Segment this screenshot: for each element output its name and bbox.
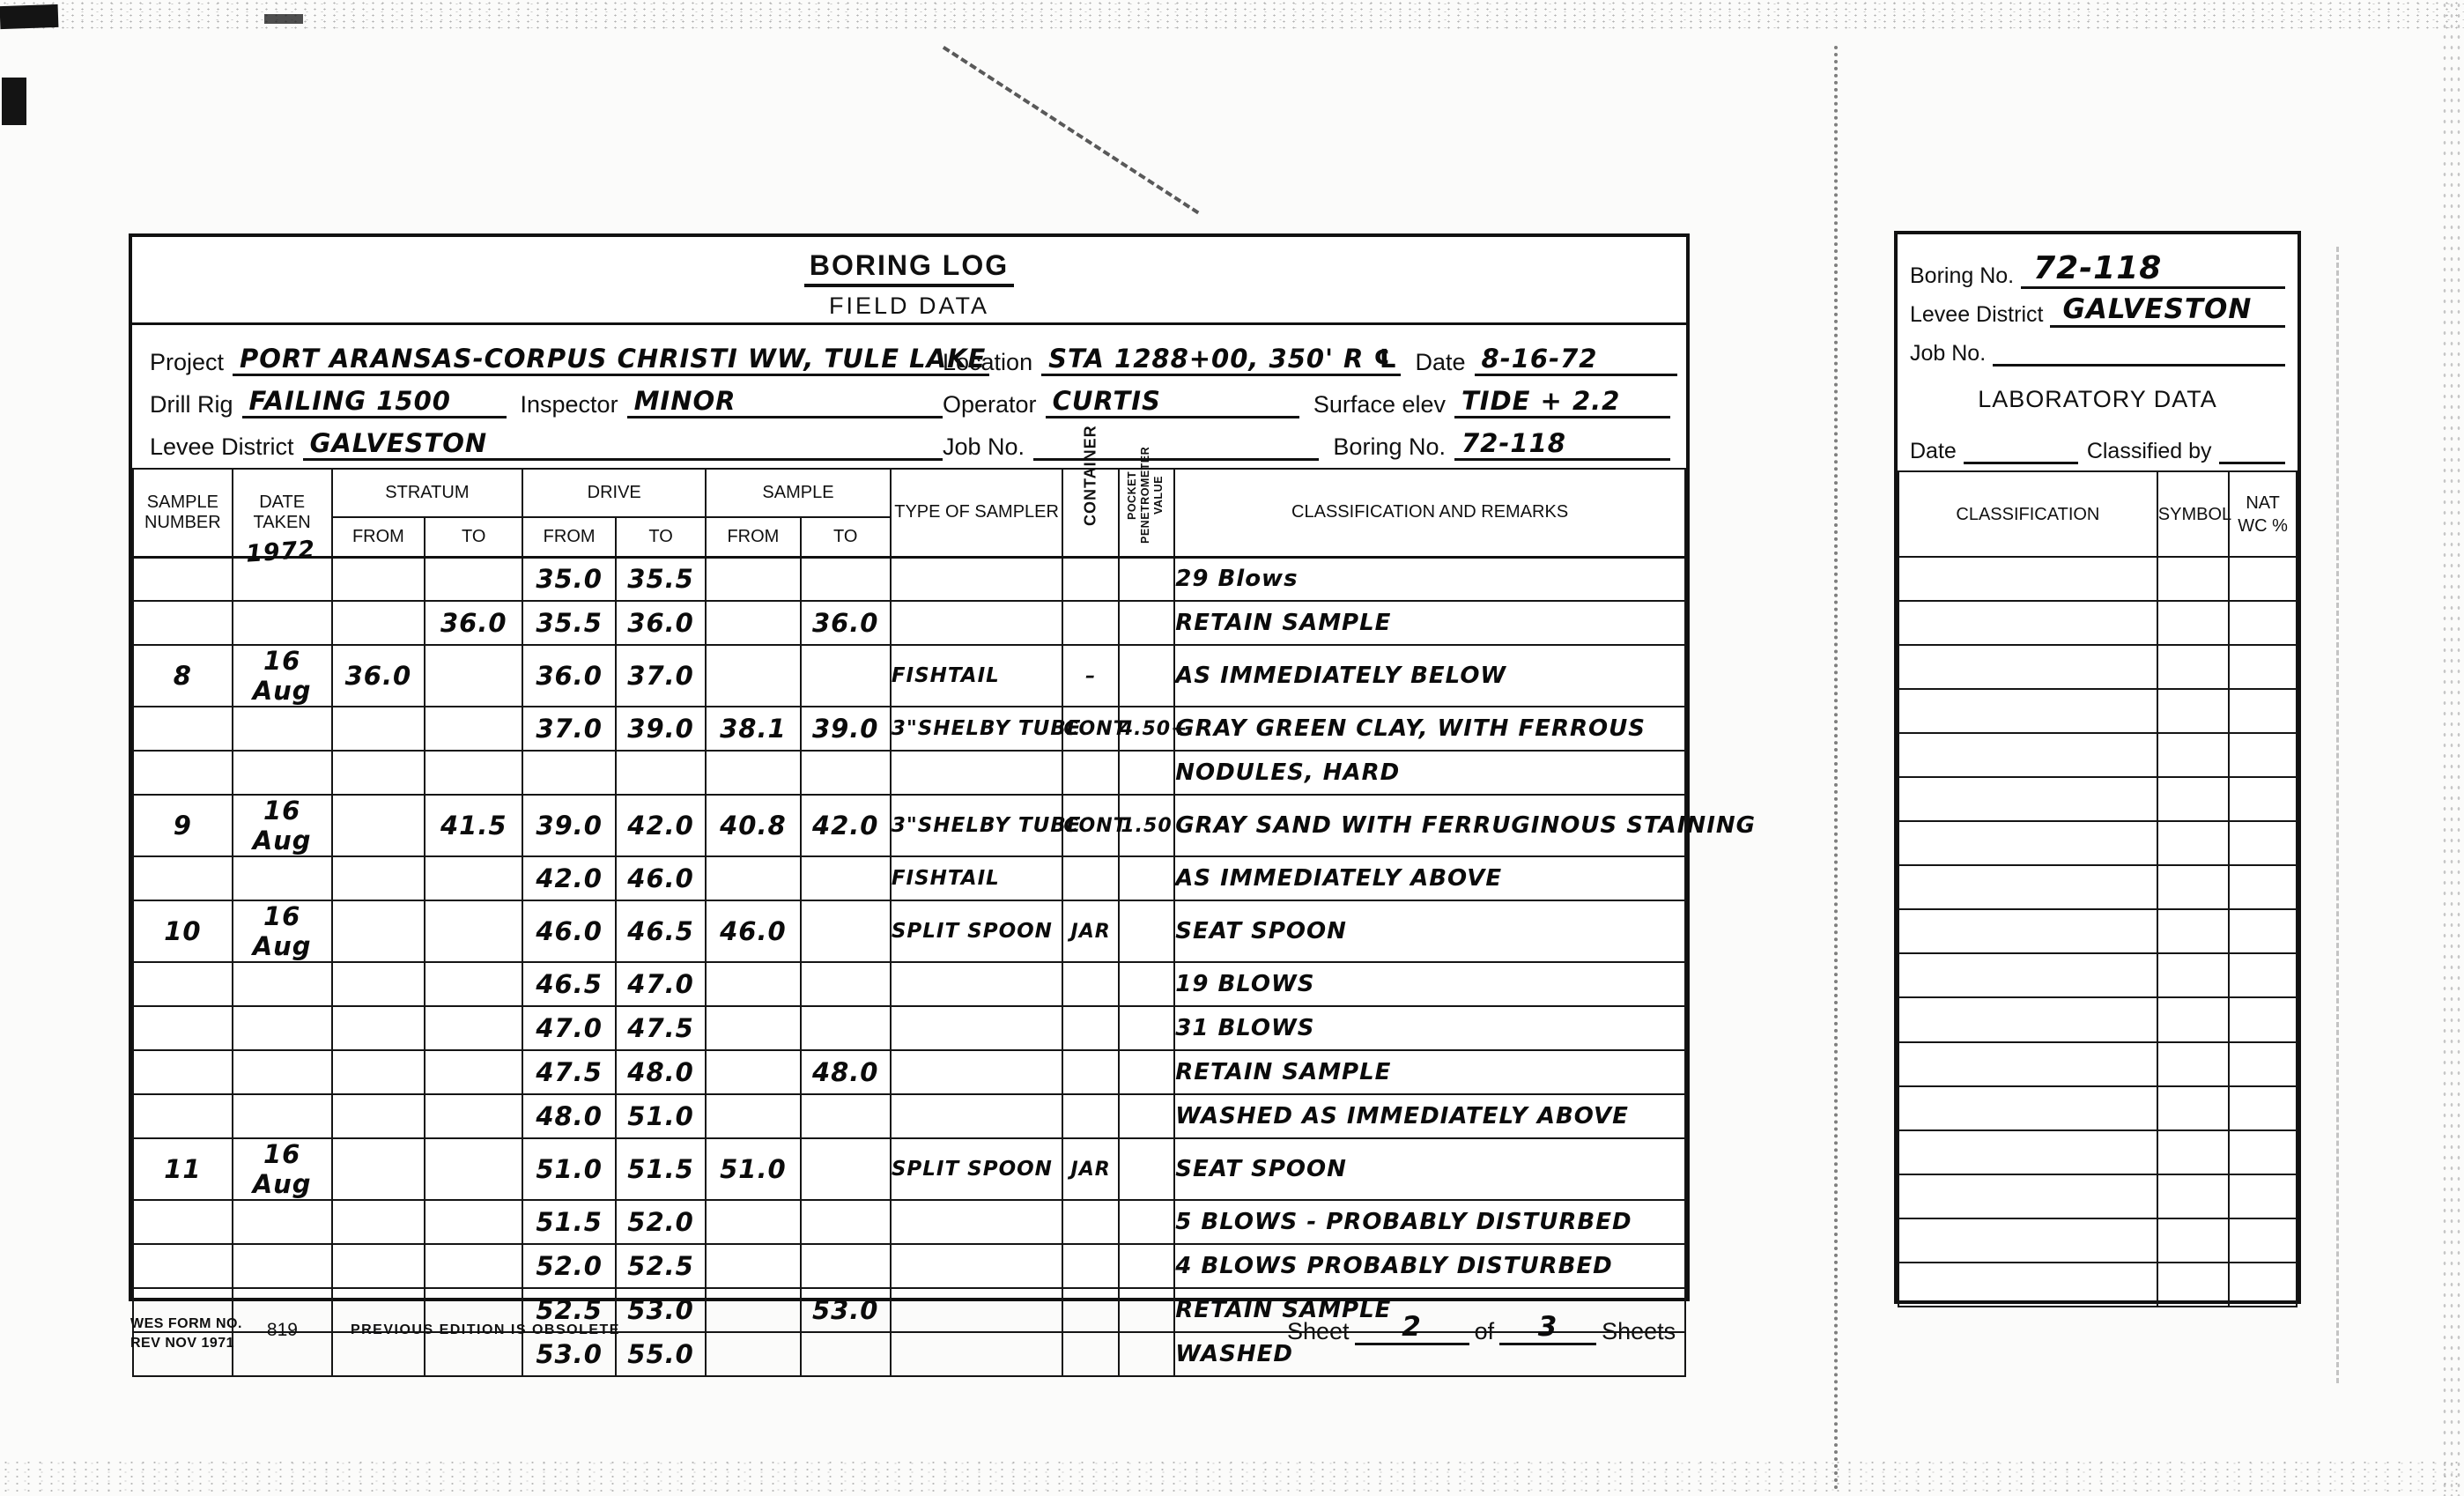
cell-drive-to: 52.5 <box>616 1244 706 1288</box>
lab-table-row <box>1898 997 2297 1041</box>
scan-smudge-2 <box>2 78 26 125</box>
cell-date-taken <box>233 1200 332 1244</box>
cell-sample-number: 11 <box>133 1138 233 1200</box>
lab-boring-no-value: 72-118 <box>2021 250 2285 289</box>
cell-sample-to <box>801 1244 891 1288</box>
lab-empty-cell <box>1898 557 2157 601</box>
cell-type-of-sampler: FISHTAIL <box>891 645 1063 707</box>
cell-drive-to: 55.0 <box>616 1332 706 1376</box>
lab-empty-cell <box>2157 689 2229 733</box>
lab-empty-cell <box>1898 997 2157 1041</box>
lab-empty-cell <box>2229 997 2297 1041</box>
cell-stratum-from <box>332 856 425 900</box>
cell-type-of-sampler <box>891 601 1063 645</box>
info-line-1: Project PORT ARANSAS-CORPUS CHRISTI WW, … <box>150 334 1670 376</box>
lab-classified-by-label: Classified by <box>2078 439 2219 464</box>
cell-drive-to: 47.5 <box>616 1006 706 1050</box>
lab-col-header-symbol: SYMBOL <box>2157 471 2229 557</box>
page-fold-dotted-line <box>1834 46 1838 1491</box>
cell-sample-number: 10 <box>133 900 233 962</box>
cell-sample-from: 40.8 <box>706 795 800 856</box>
cell-classification-and-remarks: 31 BLOWS <box>1174 1006 1685 1050</box>
lab-table-row <box>1898 689 2297 733</box>
cell-drive-from <box>522 751 616 795</box>
cell-date-taken: 16 Aug <box>233 645 332 707</box>
cell-sample-from <box>706 1332 800 1376</box>
lab-empty-cell <box>1898 777 2157 821</box>
lab-empty-cell <box>2229 953 2297 997</box>
wes-form-no-label: WES FORM NO. <box>130 1315 242 1334</box>
cell-classification-and-remarks: WASHED AS IMMEDIATELY ABOVE <box>1174 1094 1685 1138</box>
lab-card-title: LABORATORY DATA <box>1910 386 2285 413</box>
cell-container <box>1062 1244 1118 1288</box>
cell-pocket-penetrometer-value <box>1119 1138 1174 1200</box>
cell-stratum-to <box>425 1244 522 1288</box>
info-line-3: Levee District GALVESTON Job No. Boring … <box>150 418 1670 461</box>
lab-empty-cell <box>1898 1174 2157 1218</box>
cell-pocket-penetrometer-value: 1.50 <box>1119 795 1174 856</box>
cell-sample-from <box>706 1094 800 1138</box>
cell-date-taken <box>233 1006 332 1050</box>
cell-date-taken <box>233 1094 332 1138</box>
cell-drive-to: 46.5 <box>616 900 706 962</box>
lab-empty-cell <box>2229 777 2297 821</box>
pocket-penetrometer-vertical-label: POCKET PENETROMETER VALUE <box>1126 438 1168 552</box>
col-header-stratum-from: FROM <box>332 517 425 557</box>
job-no-label: Job No. <box>943 433 1033 461</box>
sheet-number-value: 2 <box>1355 1311 1469 1345</box>
cell-drive-to: 36.0 <box>616 601 706 645</box>
lab-classified-by-value <box>2219 438 2285 464</box>
cell-stratum-from <box>332 795 425 856</box>
lab-table-row <box>1898 1086 2297 1130</box>
cell-container <box>1062 1050 1118 1094</box>
lab-empty-cell <box>2157 1218 2229 1263</box>
cell-sample-number <box>133 601 233 645</box>
cell-stratum-from <box>332 1094 425 1138</box>
lab-empty-cell <box>1898 1086 2157 1130</box>
cell-sample-to <box>801 1332 891 1376</box>
lab-empty-cell <box>2157 909 2229 953</box>
lab-job-no-label: Job No. <box>1910 341 1993 367</box>
cell-pocket-penetrometer-value <box>1119 557 1174 601</box>
cell-stratum-to <box>425 1200 522 1244</box>
sheet-of-label: of <box>1469 1318 1500 1345</box>
col-header-sample-from: FROM <box>706 517 800 557</box>
cell-sample-number <box>133 707 233 751</box>
lab-empty-cell <box>2157 1042 2229 1086</box>
lab-empty-cell <box>2157 1174 2229 1218</box>
cell-drive-from: 36.0 <box>522 645 616 707</box>
cell-pocket-penetrometer-value <box>1119 900 1174 962</box>
scan-noise-bottom <box>0 1459 2464 1496</box>
cell-container <box>1062 1332 1118 1376</box>
cell-classification-and-remarks: 19 BLOWS <box>1174 962 1685 1006</box>
cell-sample-from <box>706 1200 800 1244</box>
cell-sample-number <box>133 1200 233 1244</box>
surface-elev-value: TIDE + 2.2 <box>1454 386 1670 418</box>
cell-pocket-penetrometer-value <box>1119 751 1174 795</box>
cell-sample-from <box>706 856 800 900</box>
cell-stratum-to: 41.5 <box>425 795 522 856</box>
cell-stratum-to <box>425 900 522 962</box>
cell-type-of-sampler: SPLIT SPOON <box>891 1138 1063 1200</box>
cell-classification-and-remarks: RETAIN SAMPLE <box>1174 1050 1685 1094</box>
date-value: 8-16-72 <box>1475 344 1677 376</box>
cell-date-taken: 16 Aug <box>233 1138 332 1200</box>
cell-container <box>1062 1200 1118 1244</box>
cell-pocket-penetrometer-value: 4.50+ <box>1119 707 1174 751</box>
cell-container: – <box>1062 645 1118 707</box>
lab-table-body <box>1898 557 2297 1307</box>
col-header-stratum-to: TO <box>425 517 522 557</box>
cell-classification-and-remarks: GRAY GREEN CLAY, WITH FERROUS <box>1174 707 1685 751</box>
cell-pocket-penetrometer-value <box>1119 1244 1174 1288</box>
lab-table-row <box>1898 601 2297 645</box>
boring-table-row: NODULES, HARD <box>133 751 1685 795</box>
cell-type-of-sampler <box>891 1094 1063 1138</box>
cell-drive-to <box>616 751 706 795</box>
cell-drive-from: 37.0 <box>522 707 616 751</box>
job-no-value <box>1033 431 1319 461</box>
boring-table-header: SAMPLE NUMBER DATE TAKEN 1972 STRATUM DR… <box>133 469 1685 557</box>
cell-type-of-sampler <box>891 1050 1063 1094</box>
lab-job-no-line: Job No. <box>1910 328 2285 367</box>
cell-sample-to <box>801 645 891 707</box>
col-header-type-of-sampler: TYPE OF SAMPLER <box>891 469 1063 557</box>
cell-stratum-from <box>332 962 425 1006</box>
cell-drive-to: 37.0 <box>616 645 706 707</box>
cell-sample-from <box>706 1244 800 1288</box>
col-header-pocket-penetrometer: POCKET PENETROMETER VALUE <box>1119 469 1174 557</box>
cell-sample-from <box>706 645 800 707</box>
lab-table-row <box>1898 909 2297 953</box>
cell-classification-and-remarks: 5 BLOWS - PROBABLY DISTURBED <box>1174 1200 1685 1244</box>
cell-classification-and-remarks: GRAY SAND WITH FERRUGINOUS STAINING <box>1174 795 1685 856</box>
cell-drive-from: 51.0 <box>522 1138 616 1200</box>
cell-stratum-from <box>332 1006 425 1050</box>
scan-scratch-line <box>943 46 1200 214</box>
cell-stratum-to <box>425 645 522 707</box>
boring-table-row: 52.052.54 BLOWS PROBABLY DISTURBED <box>133 1244 1685 1288</box>
lab-table-row <box>1898 953 2297 997</box>
boring-log-form: BORING LOG FIELD DATA Project PORT ARANS… <box>129 233 1690 1301</box>
lab-date-line: Date Classified by <box>1910 418 2285 464</box>
info-line-2: Drill Rig FAILING 1500 Inspector MINOR O… <box>150 376 1670 418</box>
cell-sample-from <box>706 601 800 645</box>
cell-date-taken: 16 Aug <box>233 795 332 856</box>
lab-empty-cell <box>2229 689 2297 733</box>
cell-sample-number <box>133 557 233 601</box>
form-footer: WES FORM NO. REV NOV 1971 819 PREVIOUS E… <box>130 1315 620 1352</box>
lab-empty-cell <box>1898 601 2157 645</box>
cell-sample-from <box>706 1006 800 1050</box>
cell-stratum-to <box>425 1050 522 1094</box>
cell-classification-and-remarks: RETAIN SAMPLE <box>1174 601 1685 645</box>
col-header-sample-number: SAMPLE NUMBER <box>133 469 233 557</box>
cell-stratum-to: 36.0 <box>425 601 522 645</box>
cell-pocket-penetrometer-value <box>1119 645 1174 707</box>
surface-elev-label: Surface elev <box>1299 391 1454 418</box>
wes-form-rev-label: REV NOV 1971 <box>130 1334 242 1353</box>
form-title-section: BORING LOG FIELD DATA <box>132 237 1686 325</box>
boring-table-row: 47.548.048.0RETAIN SAMPLE <box>133 1050 1685 1094</box>
cell-drive-to: 52.0 <box>616 1200 706 1244</box>
cell-sample-number: 9 <box>133 795 233 856</box>
lab-empty-cell <box>2229 865 2297 909</box>
cell-sample-number <box>133 751 233 795</box>
container-vertical-label: CONTAINER <box>1082 398 1100 552</box>
cell-drive-from: 46.5 <box>522 962 616 1006</box>
cell-classification-and-remarks: 4 BLOWS PROBABLY DISTURBED <box>1174 1244 1685 1288</box>
lab-table-row <box>1898 1174 2297 1218</box>
lab-table-row <box>1898 733 2297 777</box>
cell-sample-to: 36.0 <box>801 601 891 645</box>
boring-no-value: 72-118 <box>1454 428 1670 461</box>
cell-pocket-penetrometer-value <box>1119 601 1174 645</box>
cell-sample-from <box>706 557 800 601</box>
lab-empty-cell <box>2229 909 2297 953</box>
lab-empty-cell <box>2157 1263 2229 1307</box>
cell-sample-from: 51.0 <box>706 1138 800 1200</box>
scan-noise-top <box>0 0 2464 30</box>
lab-empty-cell <box>2157 733 2229 777</box>
cell-drive-from: 51.5 <box>522 1200 616 1244</box>
cell-drive-from: 35.5 <box>522 601 616 645</box>
form-subtitle: FIELD DATA <box>132 293 1686 320</box>
date-taken-label: DATE TAKEN <box>254 492 311 532</box>
lab-data-table: CLASSIFICATION SYMBOL NAT WC % <box>1898 470 2298 1307</box>
cell-drive-to: 48.0 <box>616 1050 706 1094</box>
lab-table-row <box>1898 821 2297 865</box>
lab-empty-cell <box>2229 645 2297 689</box>
cell-sample-number <box>133 856 233 900</box>
cell-stratum-to <box>425 557 522 601</box>
cell-sample-to: 42.0 <box>801 795 891 856</box>
cell-stratum-from <box>332 557 425 601</box>
lab-col-header-classification: CLASSIFICATION <box>1898 471 2157 557</box>
form-info-section: Project PORT ARANSAS-CORPUS CHRISTI WW, … <box>132 325 1686 468</box>
date-taken-year-handwritten: 1972 <box>245 537 316 568</box>
cell-stratum-from <box>332 900 425 962</box>
lab-empty-cell <box>1898 953 2157 997</box>
lab-table-row <box>1898 645 2297 689</box>
cell-type-of-sampler: 3"SHELBY TUBE <box>891 795 1063 856</box>
cell-container <box>1062 751 1118 795</box>
cell-sample-to <box>801 1094 891 1138</box>
cell-sample-from <box>706 1288 800 1332</box>
col-header-sample: SAMPLE <box>706 469 891 517</box>
scan-smudge-1 <box>0 4 58 29</box>
project-value: PORT ARANSAS-CORPUS CHRISTI WW, TULE LAK… <box>233 344 989 376</box>
lab-empty-cell <box>2229 601 2297 645</box>
cell-drive-to: 39.0 <box>616 707 706 751</box>
cell-stratum-from <box>332 1050 425 1094</box>
col-header-sample-to: TO <box>801 517 891 557</box>
lab-empty-cell <box>1898 1042 2157 1086</box>
cell-pocket-penetrometer-value <box>1119 1200 1174 1244</box>
lab-empty-cell <box>2229 1130 2297 1174</box>
lab-empty-cell <box>2229 1263 2297 1307</box>
cell-stratum-to <box>425 856 522 900</box>
cell-sample-from: 46.0 <box>706 900 800 962</box>
col-header-classification-remarks: CLASSIFICATION AND REMARKS <box>1174 469 1685 557</box>
cell-sample-to <box>801 1006 891 1050</box>
lab-empty-cell <box>2157 601 2229 645</box>
lab-empty-cell <box>1898 689 2157 733</box>
cell-date-taken <box>233 601 332 645</box>
cell-sample-from <box>706 962 800 1006</box>
lab-empty-cell <box>1898 909 2157 953</box>
lab-table-row <box>1898 557 2297 601</box>
operator-label: Operator <box>943 391 1046 418</box>
cell-sample-from <box>706 1050 800 1094</box>
cell-container: JAR <box>1062 900 1118 962</box>
cell-classification-and-remarks: SEAT SPOON <box>1174 1138 1685 1200</box>
scan-smudge-3 <box>264 14 303 24</box>
cell-drive-to: 53.0 <box>616 1288 706 1332</box>
cell-date-taken <box>233 1244 332 1288</box>
cell-date-taken <box>233 1050 332 1094</box>
lab-empty-cell <box>2229 1042 2297 1086</box>
lab-empty-cell <box>2157 645 2229 689</box>
cell-drive-from: 48.0 <box>522 1094 616 1138</box>
lab-date-label: Date <box>1910 439 1964 464</box>
lab-empty-cell <box>2157 865 2229 909</box>
cell-sample-number <box>133 962 233 1006</box>
cell-stratum-from <box>332 601 425 645</box>
lab-empty-cell <box>1898 865 2157 909</box>
cell-drive-from: 42.0 <box>522 856 616 900</box>
drill-rig-value: FAILING 1500 <box>242 386 507 418</box>
cell-drive-from: 35.0 <box>522 557 616 601</box>
cell-stratum-to <box>425 1138 522 1200</box>
boring-table-row: 1116 Aug51.051.551.0SPLIT SPOONJARSEAT S… <box>133 1138 1685 1200</box>
levee-district-value: GALVESTON <box>303 428 943 461</box>
boring-table-row: 51.552.05 BLOWS - PROBABLY DISTURBED <box>133 1200 1685 1244</box>
lab-empty-cell <box>1898 1218 2157 1263</box>
cell-stratum-to <box>425 707 522 751</box>
cell-stratum-from <box>332 1138 425 1200</box>
cell-sample-to <box>801 900 891 962</box>
cell-stratum-to <box>425 1006 522 1050</box>
cell-drive-to: 47.0 <box>616 962 706 1006</box>
lab-empty-cell <box>2157 997 2229 1041</box>
cell-container <box>1062 557 1118 601</box>
boring-table-row: 37.039.038.139.03"SHELBY TUBECONT4.50+GR… <box>133 707 1685 751</box>
cell-classification-and-remarks: AS IMMEDIATELY BELOW <box>1174 645 1685 707</box>
cell-sample-number <box>133 1006 233 1050</box>
cell-container: CONT <box>1062 795 1118 856</box>
cell-classification-and-remarks: SEAT SPOON <box>1174 900 1685 962</box>
form-title: BORING LOG <box>804 249 1014 287</box>
cell-type-of-sampler <box>891 557 1063 601</box>
cell-drive-to: 51.0 <box>616 1094 706 1138</box>
cell-type-of-sampler <box>891 1332 1063 1376</box>
lab-levee-district-label: Levee District <box>1910 302 2050 328</box>
location-value: STA 1288+00, 350' R ℄ <box>1041 344 1401 376</box>
cell-stratum-from <box>332 751 425 795</box>
project-label: Project <box>150 349 233 376</box>
cell-sample-from: 38.1 <box>706 707 800 751</box>
cell-pocket-penetrometer-value <box>1119 1332 1174 1376</box>
cell-container <box>1062 962 1118 1006</box>
cell-drive-to: 46.0 <box>616 856 706 900</box>
cell-stratum-from <box>332 707 425 751</box>
cell-container: JAR <box>1062 1138 1118 1200</box>
cell-date-taken <box>233 751 332 795</box>
boring-table-row: 816 Aug36.036.037.0FISHTAIL–AS IMMEDIATE… <box>133 645 1685 707</box>
cell-date-taken <box>233 856 332 900</box>
boring-table-row: 35.035.529 Blows <box>133 557 1685 601</box>
boring-log-table: SAMPLE NUMBER DATE TAKEN 1972 STRATUM DR… <box>132 468 1686 1377</box>
cell-drive-from: 47.0 <box>522 1006 616 1050</box>
drill-rig-label: Drill Rig <box>150 391 242 418</box>
cell-sample-to: 53.0 <box>801 1288 891 1332</box>
obsolete-note: PREVIOUS EDITION IS OBSOLETE <box>351 1322 620 1338</box>
levee-district-label: Levee District <box>150 433 303 461</box>
cell-container <box>1062 856 1118 900</box>
cell-sample-to <box>801 1138 891 1200</box>
cell-drive-to: 51.5 <box>616 1138 706 1200</box>
lab-empty-cell <box>1898 821 2157 865</box>
cell-sample-number: 8 <box>133 645 233 707</box>
cell-type-of-sampler <box>891 751 1063 795</box>
cell-type-of-sampler: SPLIT SPOON <box>891 900 1063 962</box>
boring-table-row: 42.046.0FISHTAILAS IMMEDIATELY ABOVE <box>133 856 1685 900</box>
sheet-label: Sheet <box>1282 1318 1355 1345</box>
boring-table-body: 35.035.529 Blows36.035.536.036.0RETAIN S… <box>133 557 1685 1376</box>
lab-table-row <box>1898 1263 2297 1307</box>
inspector-label: Inspector <box>507 391 627 418</box>
lab-empty-cell <box>2157 557 2229 601</box>
lab-empty-cell <box>2229 733 2297 777</box>
lab-table-row <box>1898 865 2297 909</box>
cell-pocket-penetrometer-value <box>1119 1094 1174 1138</box>
lab-empty-cell <box>2157 1130 2229 1174</box>
boring-no-label: Boring No. <box>1319 433 1454 461</box>
lab-date-value <box>1964 438 2078 464</box>
cell-sample-to: 48.0 <box>801 1050 891 1094</box>
cell-sample-to: 39.0 <box>801 707 891 751</box>
cell-drive-from: 46.0 <box>522 900 616 962</box>
cell-pocket-penetrometer-value <box>1119 856 1174 900</box>
boring-table-row: 47.047.531 BLOWS <box>133 1006 1685 1050</box>
cell-pocket-penetrometer-value <box>1119 962 1174 1006</box>
lab-empty-cell <box>2229 1174 2297 1218</box>
cell-type-of-sampler: FISHTAIL <box>891 856 1063 900</box>
col-header-drive: DRIVE <box>522 469 706 517</box>
lab-empty-cell <box>2157 1086 2229 1130</box>
lab-boring-no-line: Boring No. 72-118 <box>1910 250 2285 289</box>
lab-empty-cell <box>2229 1086 2297 1130</box>
cell-sample-to <box>801 557 891 601</box>
cell-stratum-from <box>332 1244 425 1288</box>
lab-empty-cell <box>1898 733 2157 777</box>
cell-sample-number <box>133 1050 233 1094</box>
boring-table-row: 916 Aug41.539.042.040.842.03"SHELBY TUBE… <box>133 795 1685 856</box>
lab-col-header-nat-wc: NAT WC % <box>2229 471 2297 557</box>
cell-classification-and-remarks: NODULES, HARD <box>1174 751 1685 795</box>
lab-levee-district-value: GALVESTON <box>2050 293 2285 328</box>
cell-type-of-sampler <box>891 1288 1063 1332</box>
cell-type-of-sampler: 3"SHELBY TUBE <box>891 707 1063 751</box>
cell-stratum-to <box>425 751 522 795</box>
inspector-value: MINOR <box>627 386 943 418</box>
cell-sample-number <box>133 1094 233 1138</box>
cell-date-taken: 16 Aug <box>233 900 332 962</box>
cell-sample-to <box>801 856 891 900</box>
